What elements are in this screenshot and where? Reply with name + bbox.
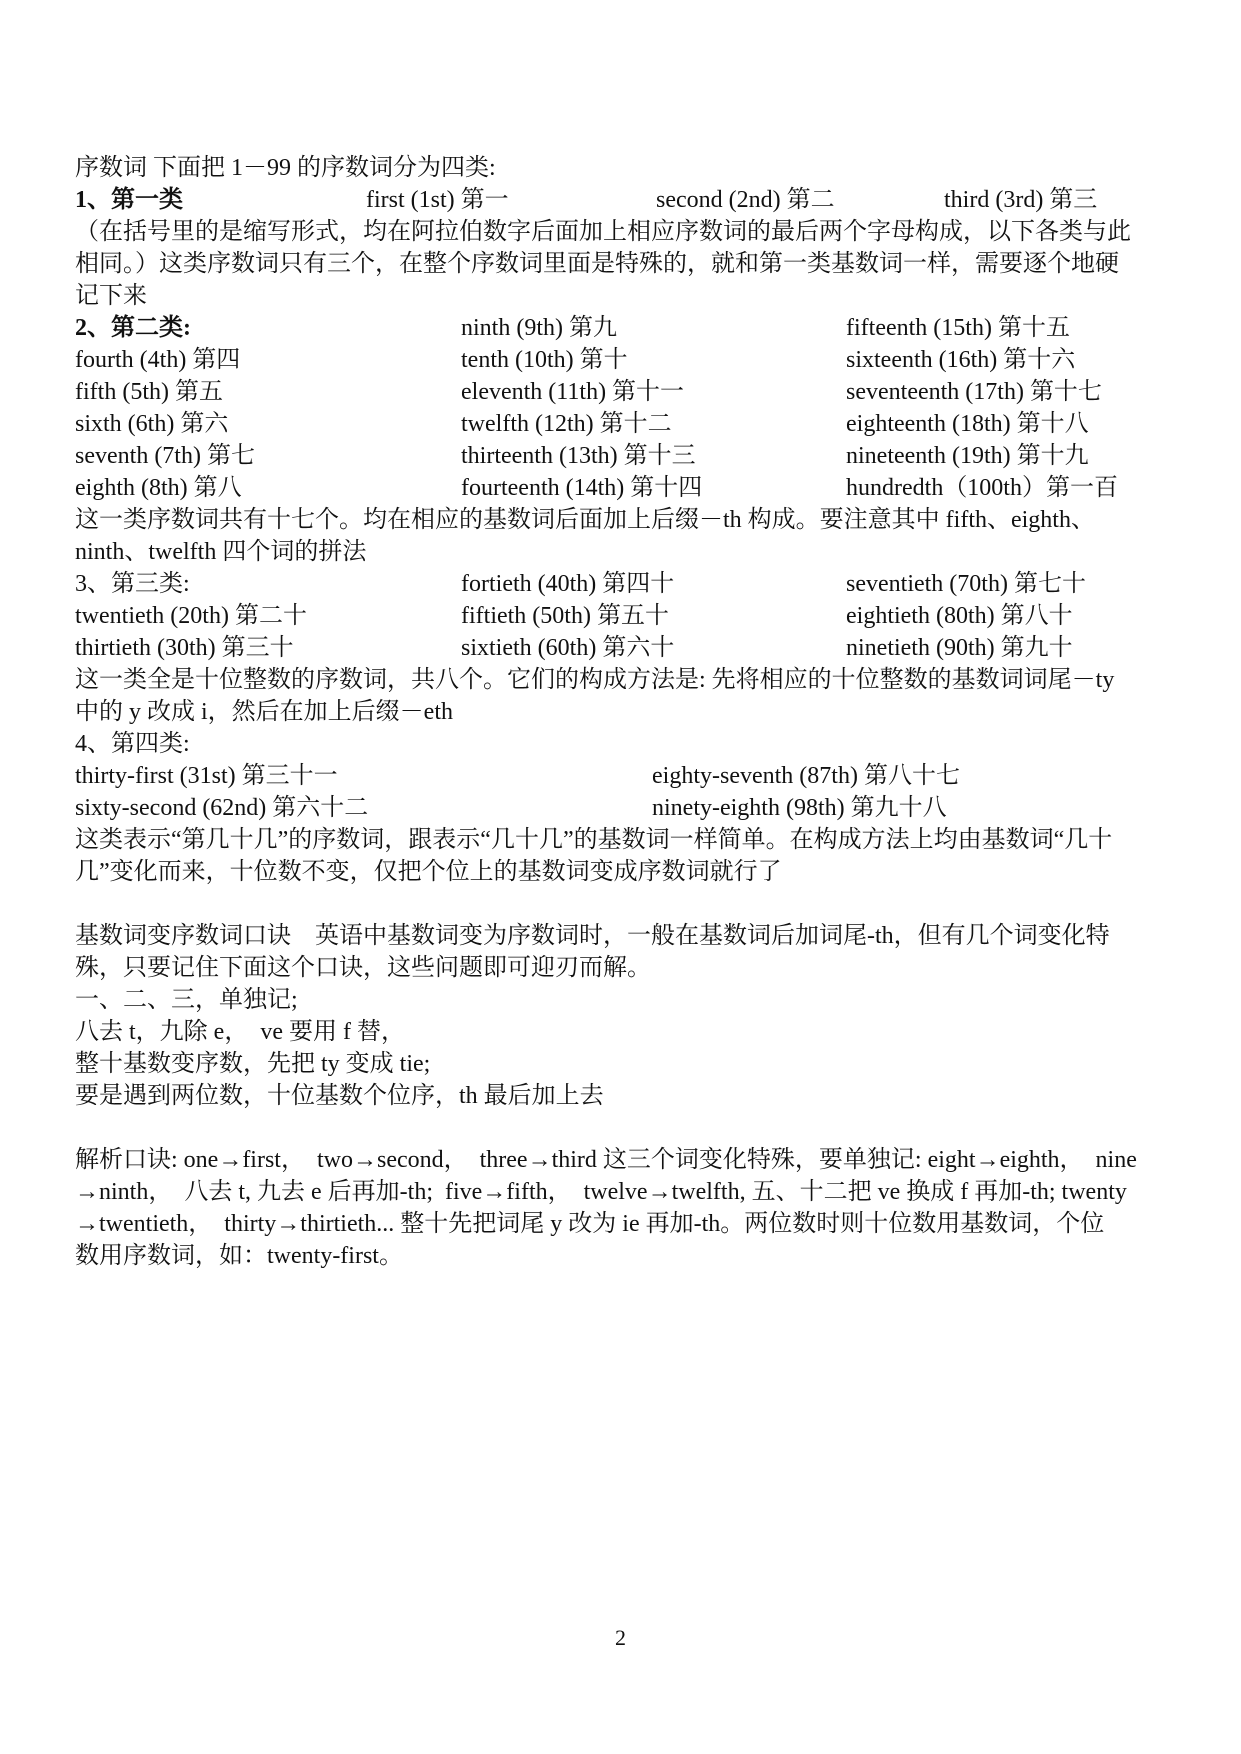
analysis-line: →ninth， 八去 t, 九去 e 后再加-th; five→fifth， t… xyxy=(75,1176,1180,1208)
ordinal-item: fifteenth (15th) 第十五 xyxy=(846,312,1070,344)
class3-note-line: 这一类全是十位整数的序数词，共八个。它们的构成方法是: 先将相应的十位整数的基数… xyxy=(75,664,1180,696)
class4-note-line: 这类表示“第几十几”的序数词，跟表示“几十几”的基数词一样简单。在构成方法上均由… xyxy=(75,824,1180,856)
ordinal-item: seventieth (70th) 第七十 xyxy=(846,568,1086,600)
ordinal-item: fourth (4th) 第四 xyxy=(75,344,240,376)
ordinal-item: thirtieth (30th) 第三十 xyxy=(75,632,294,664)
class1-note-line: 记下来 xyxy=(75,280,1180,312)
class3-heading-row: 3、第三类: fortieth (40th) 第四十 seventieth (7… xyxy=(75,568,1180,600)
mnemonic-line: 要是遇到两位数，十位基数个位序，th 最后加上去 xyxy=(75,1080,1180,1112)
ordinal-item: fourteenth (14th) 第十四 xyxy=(461,472,702,504)
ordinal-item: eleventh (11th) 第十一 xyxy=(461,376,684,408)
blank-line xyxy=(75,1112,1180,1144)
ordinal-item: hundredth（100th）第一百 xyxy=(846,472,1118,504)
ordinal-item: eightieth (80th) 第八十 xyxy=(846,600,1073,632)
class1-note-line: 相同。）这类序数词只有三个，在整个序数词里面是特殊的，就和第一类基数词一样，需要… xyxy=(75,248,1180,280)
ordinal-item: twelfth (12th) 第十二 xyxy=(461,408,672,440)
ordinal-item: eighty-seventh (87th) 第八十七 xyxy=(652,760,960,792)
class2-table-row: seventh (7th) 第七 thirteenth (13th) 第十三 n… xyxy=(75,440,1180,472)
class2-note-line: 这一类序数词共有十七个。均在相应的基数词后面加上后缀－th 构成。要注意其中 f… xyxy=(75,504,1180,536)
document-body: 序数词 下面把 1－99 的序数词分为四类: 1、第一类 first (1st)… xyxy=(75,152,1180,1272)
analysis-line: →twentieth， thirty→thirtieth... 整十先把词尾 y… xyxy=(75,1208,1180,1240)
ordinal-item: ninety-eighth (98th) 第九十八 xyxy=(652,792,947,824)
ordinal-item: fiftieth (50th) 第五十 xyxy=(461,600,669,632)
class4-table-row: sixty-second (62nd) 第六十二 ninety-eighth (… xyxy=(75,792,1180,824)
ordinal-item: thirteenth (13th) 第十三 xyxy=(461,440,696,472)
class3-table-row: thirtieth (30th) 第三十 sixtieth (60th) 第六十… xyxy=(75,632,1180,664)
class2-label: 2、第二类: xyxy=(75,312,191,344)
ordinal-item: sixtieth (60th) 第六十 xyxy=(461,632,674,664)
mnemonic-line: 一、二、三，单独记; xyxy=(75,984,1180,1016)
ordinal-item: eighteenth (18th) 第十八 xyxy=(846,408,1089,440)
class1-label: 1、第一类 xyxy=(75,184,183,216)
ordinal-item: fortieth (40th) 第四十 xyxy=(461,568,674,600)
ordinal-item: ninth (9th) 第九 xyxy=(461,312,617,344)
ordinal-item: twentieth (20th) 第二十 xyxy=(75,600,307,632)
ordinal-item: thirty-first (31st) 第三十一 xyxy=(75,760,338,792)
class3-table-row: twentieth (20th) 第二十 fiftieth (50th) 第五十… xyxy=(75,600,1180,632)
ordinal-item: seventeenth (17th) 第十七 xyxy=(846,376,1102,408)
class4-table-row: thirty-first (31st) 第三十一 eighty-seventh … xyxy=(75,760,1180,792)
class2-note-line: ninth、twelfth 四个词的拼法 xyxy=(75,536,1180,568)
class2-table-row: sixth (6th) 第六 twelfth (12th) 第十二 eighte… xyxy=(75,408,1180,440)
class4-note-line: 几”变化而来，十位数不变，仅把个位上的基数词变成序数词就行了 xyxy=(75,856,1180,888)
class1-note-line: （在括号里的是缩写形式，均在阿拉伯数字后面加上相应序数词的最后两个字母构成，以下… xyxy=(75,216,1180,248)
class4-label: 4、第四类: xyxy=(75,728,1180,760)
ordinal-item: sixty-second (62nd) 第六十二 xyxy=(75,792,368,824)
mnemonic-line: 八去 t，九除 e， ve 要用 f 替， xyxy=(75,1016,1180,1048)
ordinal-item: sixteenth (16th) 第十六 xyxy=(846,344,1075,376)
ordinal-item: ninetieth (90th) 第九十 xyxy=(846,632,1073,664)
ordinal-item: first (1st) 第一 xyxy=(366,184,509,216)
document-page: 序数词 下面把 1－99 的序数词分为四类: 1、第一类 first (1st)… xyxy=(0,0,1241,1754)
class2-table-row: fifth (5th) 第五 eleventh (11th) 第十一 seven… xyxy=(75,376,1180,408)
ordinal-item: third (3rd) 第三 xyxy=(944,184,1097,216)
ordinal-item: second (2nd) 第二 xyxy=(656,184,835,216)
class3-note-line: 中的 y 改成 i，然后在加上后缀－eth xyxy=(75,696,1180,728)
ordinal-item: tenth (10th) 第十 xyxy=(461,344,628,376)
class2-table-row: eighth (8th) 第八 fourteenth (14th) 第十四 hu… xyxy=(75,472,1180,504)
page-number: 2 xyxy=(0,1622,1241,1654)
analysis-line: 解析口诀: one→first， two→second， three→third… xyxy=(75,1144,1180,1176)
ordinal-item: nineteenth (19th) 第十九 xyxy=(846,440,1089,472)
ordinal-item: eighth (8th) 第八 xyxy=(75,472,242,504)
analysis-line: 数用序数词，如：twenty-first。 xyxy=(75,1240,1180,1272)
ordinal-item: fifth (5th) 第五 xyxy=(75,376,223,408)
ordinal-item: seventh (7th) 第七 xyxy=(75,440,255,472)
mnemonic-line: 殊，只要记住下面这个口诀，这些问题即可迎刃而解。 xyxy=(75,952,1180,984)
mnemonic-line: 基数词变序数词口诀 英语中基数词变为序数词时，一般在基数词后加词尾-th，但有几… xyxy=(75,920,1180,952)
class1-heading-row: 1、第一类 first (1st) 第一 second (2nd) 第二 thi… xyxy=(75,184,1180,216)
class3-label: 3、第三类: xyxy=(75,568,190,600)
class2-heading-row: 2、第二类: ninth (9th) 第九 fifteenth (15th) 第… xyxy=(75,312,1180,344)
intro-line: 序数词 下面把 1－99 的序数词分为四类: xyxy=(75,152,1180,184)
ordinal-item: sixth (6th) 第六 xyxy=(75,408,228,440)
blank-line xyxy=(75,888,1180,920)
class2-table-row: fourth (4th) 第四 tenth (10th) 第十 sixteent… xyxy=(75,344,1180,376)
mnemonic-line: 整十基数变序数，先把 ty 变成 tie; xyxy=(75,1048,1180,1080)
